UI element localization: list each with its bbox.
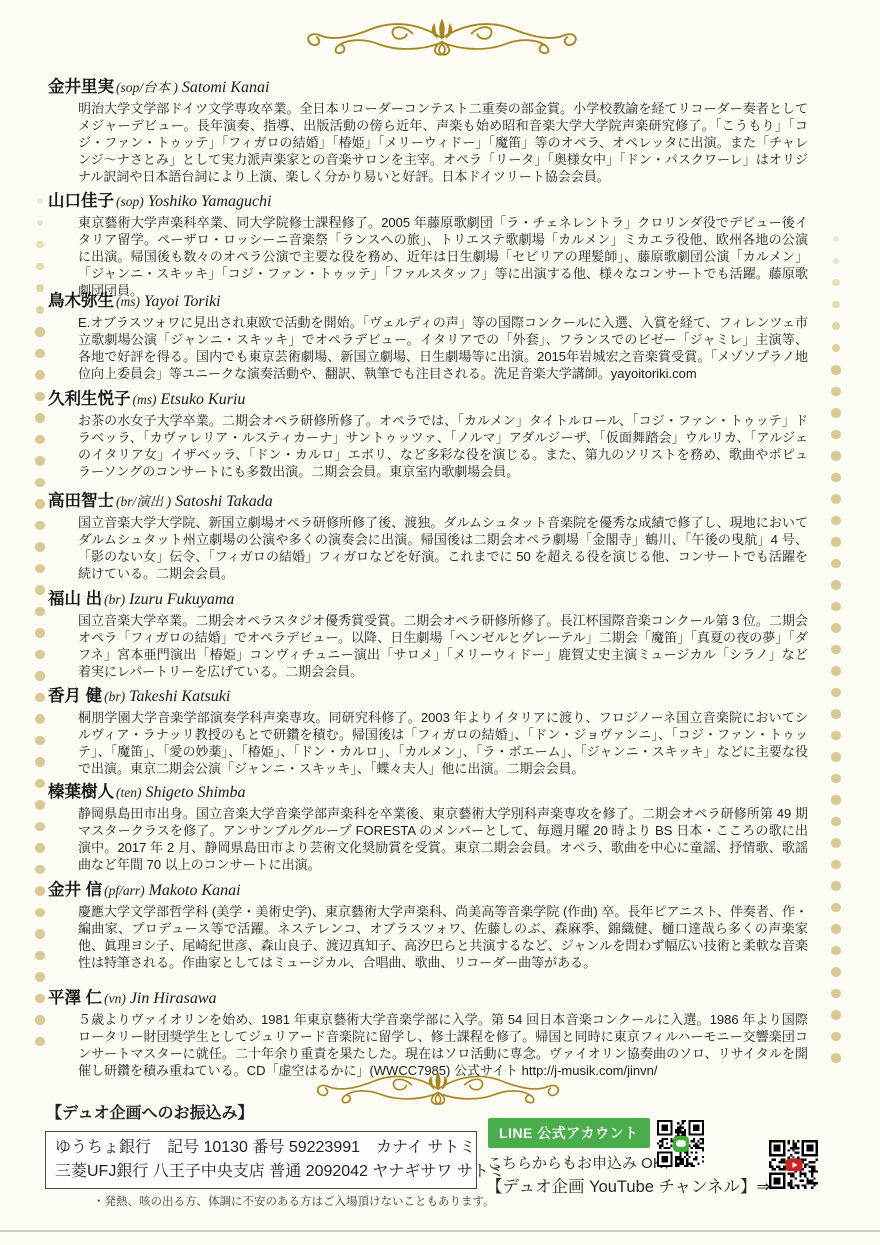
gold-dot <box>35 370 45 380</box>
performer-bio: 久利生悦子(ms)Etsuko Kuriuお茶の水女子大学卒業。二期会オペラ研修… <box>48 385 838 480</box>
gold-dot <box>35 908 45 918</box>
performer-heading: 金井 信(pf/arr)Makoto Kanai <box>48 876 838 900</box>
performer-bio: 高田智士(br/演出 )Satoshi Takada国立音楽大学大学院、新国立劇… <box>48 487 838 582</box>
performer-heading: 平澤 仁(vn)Jin Hirasawa <box>48 984 838 1008</box>
performer-name: 榛葉樹人 <box>48 783 114 801</box>
performer-name: 金井 信 <box>48 881 102 899</box>
flourish-ornament-top <box>303 12 581 64</box>
performer-name: 福山 出 <box>48 590 102 608</box>
gold-dot <box>35 542 45 552</box>
performer-name: 久利生悦子 <box>48 390 131 408</box>
health-notice-text: ・発熱、咳の出る方、体調に不安のある方はご入場頂けないこともあります。 <box>93 1193 495 1209</box>
performer-voice-role: (sop) <box>116 194 144 209</box>
gold-dot <box>35 456 45 466</box>
gold-dot <box>35 413 45 423</box>
bank-line-yucho: ゆうちょ銀行 記号 10130 番号 59223991 カナイ サトミ <box>55 1136 467 1160</box>
gold-dot <box>35 564 45 574</box>
performer-heading: 福山 出(br)Izuru Fukuyama <box>48 585 838 609</box>
performer-bio-text: 桐朋学園大学音楽学部演奏学科声楽専攻。同研究科修了。2003 年よりイタリアに渡… <box>48 709 808 777</box>
performer-romaji: Yayoi Toriki <box>144 293 221 310</box>
performer-voice-role: (ms) <box>116 294 140 309</box>
performer-voice-role: (ten) <box>116 785 141 800</box>
gold-dot <box>35 693 45 703</box>
performer-voice-role: (pf/arr) <box>104 883 145 898</box>
performer-romaji: Izuru Fukuyama <box>129 591 234 608</box>
performer-bio-text: 慶應大学文学部哲学科 (美学・美術史学)、東京藝術大学声楽科、尚美高等音楽学院 … <box>48 903 808 971</box>
gold-dot <box>35 994 45 1004</box>
performer-bio-text: 静岡県島田市出身。国立音楽大学音楽学部声楽科を卒業後、東京藝術大学別科声楽専攻を… <box>48 805 808 873</box>
performer-romaji: Shigeto Shimba <box>145 784 245 801</box>
gold-dot <box>35 779 45 789</box>
gold-dot <box>35 757 45 767</box>
performer-name: 平澤 仁 <box>48 989 102 1007</box>
gold-dot <box>36 241 43 248</box>
gold-dot <box>35 843 45 853</box>
performer-heading: 高田智士(br/演出 )Satoshi Takada <box>48 487 838 511</box>
performer-bio-text: 国立音楽大学大学院、新国立劇場オペラ研修所修了後、渡独。ダルムシュタット音楽院を… <box>48 514 808 582</box>
flourish-ornament-bottom <box>313 1066 563 1112</box>
performer-romaji: Jin Hirasawa <box>130 990 217 1007</box>
performer-romaji: Etsuko Kuriu <box>161 391 246 408</box>
performer-heading: 山口佳子(sop)Yoshiko Yamaguchi <box>48 187 838 211</box>
gold-dot <box>36 306 45 315</box>
performer-bio: 鳥木弥生(ms)Yayoi TorikiE.オブラスツォワに見出され東欧で活動を… <box>48 287 838 382</box>
line-qr-code <box>657 1120 704 1167</box>
performer-bio: 平澤 仁(vn)Jin Hirasawa５歳よりヴァイオリンを始め、1981 年… <box>48 984 838 1079</box>
performer-heading: 金井里実(sop/台本 )Satomi Kanai <box>48 73 838 97</box>
gold-dot <box>35 499 45 509</box>
gold-dot <box>35 886 45 896</box>
gold-dot <box>35 714 45 724</box>
performer-bio: 山口佳子(sop)Yoshiko Yamaguchi東京藝術大学声楽科卒業、同大… <box>48 187 838 299</box>
bottom-divider-line <box>0 1230 880 1232</box>
performer-voice-role: (vn) <box>104 991 126 1006</box>
performer-bio: 福山 出(br)Izuru Fukuyama国立音楽大学卒業。二期会オペラスタジ… <box>48 585 838 680</box>
line-official-account-badge: LINE 公式アカウント <box>488 1118 650 1148</box>
performer-name: 山口佳子 <box>48 192 114 210</box>
gold-dot <box>35 392 45 402</box>
gold-dot <box>35 800 45 810</box>
performer-bio: 香月 健(br)Takeshi Katsuki桐朋学園大学音楽学部演奏学科声楽専… <box>48 682 838 777</box>
performer-voice-role: (ms) <box>133 392 157 407</box>
performer-bio-text: お茶の水女子大学卒業。二期会オペラ研修所修了。オペラでは、「カルメン」タイトルロ… <box>48 412 808 480</box>
performer-romaji: Satoshi Takada <box>175 493 273 510</box>
bank-account-box: ゆうちょ銀行 記号 10130 番号 59223991 カナイ サトミ 三菱UF… <box>45 1131 477 1189</box>
bank-line-mufg: 三菱UFJ銀行 八王子中央支店 普通 2092042 ヤナギサワ サトミ <box>55 1160 467 1184</box>
gold-dot <box>35 736 45 746</box>
performer-name: 金井里実 <box>48 78 114 96</box>
performer-voice-role: (br/演出 ) <box>116 494 171 509</box>
performer-voice-role: (br) <box>104 689 125 704</box>
gold-dot <box>35 349 45 359</box>
gold-dot <box>35 650 45 660</box>
performer-bio: 金井里実(sop/台本 )Satomi Kanai明治大学文学部ドイツ文学専攻卒… <box>48 73 838 185</box>
performer-heading: 榛葉樹人(ten)Shigeto Shimba <box>48 778 838 802</box>
gold-dot <box>35 628 45 638</box>
performer-romaji: Makoto Kanai <box>149 882 241 899</box>
performer-name: 香月 健 <box>48 687 102 705</box>
gold-dot <box>35 478 45 488</box>
youtube-icon <box>785 1159 802 1171</box>
performer-voice-role: (br) <box>104 592 125 607</box>
gold-dot <box>35 972 45 982</box>
youtube-channel-caption: 【デュオ企画 YouTube チャンネル】⇒ <box>486 1173 770 1197</box>
performer-heading: 鳥木弥生(ms)Yayoi Toriki <box>48 287 838 311</box>
gold-dot <box>36 263 44 271</box>
gold-dot <box>35 327 45 337</box>
performer-heading: 香月 健(br)Takeshi Katsuki <box>48 682 838 706</box>
youtube-qr-code <box>769 1140 818 1189</box>
performer-bio-text: E.オブラスツォワに見出され東欧で活動を開始。「ヴェルディの声」等の国際コンクー… <box>48 314 808 382</box>
performer-bio: 金井 信(pf/arr)Makoto Kanai慶應大学文学部哲学科 (美学・美… <box>48 876 838 971</box>
line-signup-caption: こちらからもお申込み OK！ <box>487 1152 678 1173</box>
gold-dot <box>37 198 43 204</box>
gold-dot <box>37 220 44 227</box>
gold-dot <box>35 585 45 595</box>
performer-bio-text: 国立音楽大学卒業。二期会オペラスタジオ優秀賞受賞。二期会オペラ研修所修了。長江杯… <box>48 612 808 680</box>
gold-dot <box>35 521 45 531</box>
scanned-program-page: 金井里実(sop/台本 )Satomi Kanai明治大学文学部ドイツ文学専攻卒… <box>0 0 880 1245</box>
performer-bio: 榛葉樹人(ten)Shigeto Shimba静岡県島田市出身。国立音楽大学音楽… <box>48 778 838 873</box>
performer-name: 鳥木弥生 <box>48 292 114 310</box>
performer-romaji: Satomi Kanai <box>182 79 270 96</box>
gold-dot <box>35 1015 45 1025</box>
performer-name: 高田智士 <box>48 492 114 510</box>
gold-dot <box>35 1037 45 1047</box>
gold-dot <box>35 951 45 961</box>
gold-dot <box>35 865 45 875</box>
performer-heading: 久利生悦子(ms)Etsuko Kuriu <box>48 385 838 409</box>
performer-voice-role: (sop/台本 ) <box>116 80 178 95</box>
performer-romaji: Yoshiko Yamaguchi <box>148 193 272 210</box>
payment-section-heading: 【デュオ企画へのお振込み】 <box>46 1100 254 1123</box>
performer-bio-text: 明治大学文学部ドイツ文学専攻卒業。全日本リコーダーコンテスト二重奏の部金賞。小学… <box>48 100 808 185</box>
gold-dot <box>35 671 45 681</box>
gold-dot <box>35 435 45 445</box>
gold-dot <box>36 284 44 292</box>
gold-dot <box>35 822 45 832</box>
gold-dot <box>35 929 45 939</box>
gold-dot <box>35 607 45 617</box>
performer-romaji: Takeshi Katsuki <box>129 688 230 705</box>
line-icon <box>673 1136 689 1152</box>
